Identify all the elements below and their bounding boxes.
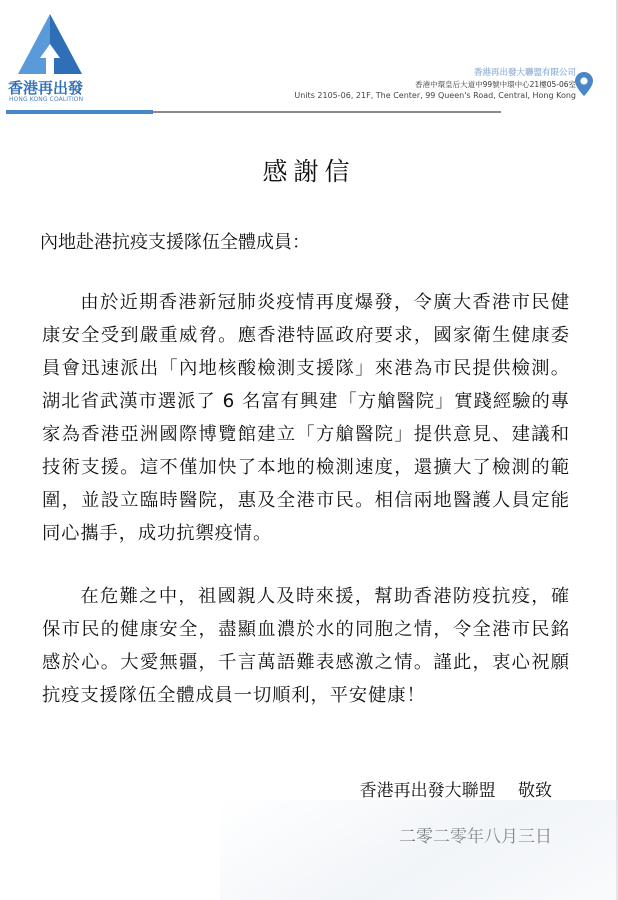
company-info: 香港再出發大聯盟有限公司 香港中環皇后大道中99號中環中心21樓05-06室 U…	[294, 67, 576, 102]
letter-paragraph-1: 由於近期香港新冠肺炎疫情再度爆發，令廣大香港市民健康安全受到嚴重威脅。應香港特區…	[42, 286, 570, 550]
letter-title: 感謝信	[0, 152, 618, 188]
company-name: 香港再出發大聯盟有限公司	[294, 67, 576, 79]
header-divider	[6, 110, 501, 113]
arrow-triangle-logo-icon	[18, 14, 82, 74]
letter-signoff: 香港再出發大聯盟 敬致	[360, 776, 552, 801]
letter-page: 香港再出發 HONG KONG COALITION 香港再出發大聯盟有限公司 香…	[0, 0, 618, 900]
header-divider-accent	[6, 110, 153, 114]
organization-logo: 香港再出發 HONG KONG COALITION	[8, 10, 88, 102]
letter-salutation: 內地赴港抗疫支援隊伍全體成員：	[40, 228, 310, 254]
company-address-english: Units 2105-06, 21F, The Center, 99 Queen…	[294, 90, 576, 102]
background-watermark	[220, 800, 618, 900]
letter-paragraph-2: 在危難之中，祖國親人及時來援，幫助香港防疫抗疫，確保市民的健康安全，盡顯血濃於水…	[42, 580, 570, 712]
logo-subtitle: HONG KONG COALITION	[9, 96, 83, 103]
letter-date: 二零二零年八月三日	[399, 822, 552, 847]
map-pin-icon	[575, 72, 593, 96]
header-divider-line	[153, 111, 501, 113]
logo-name: 香港再出發	[8, 77, 83, 98]
company-address-chinese: 香港中環皇后大道中99號中環中心21樓05-06室	[294, 79, 576, 90]
